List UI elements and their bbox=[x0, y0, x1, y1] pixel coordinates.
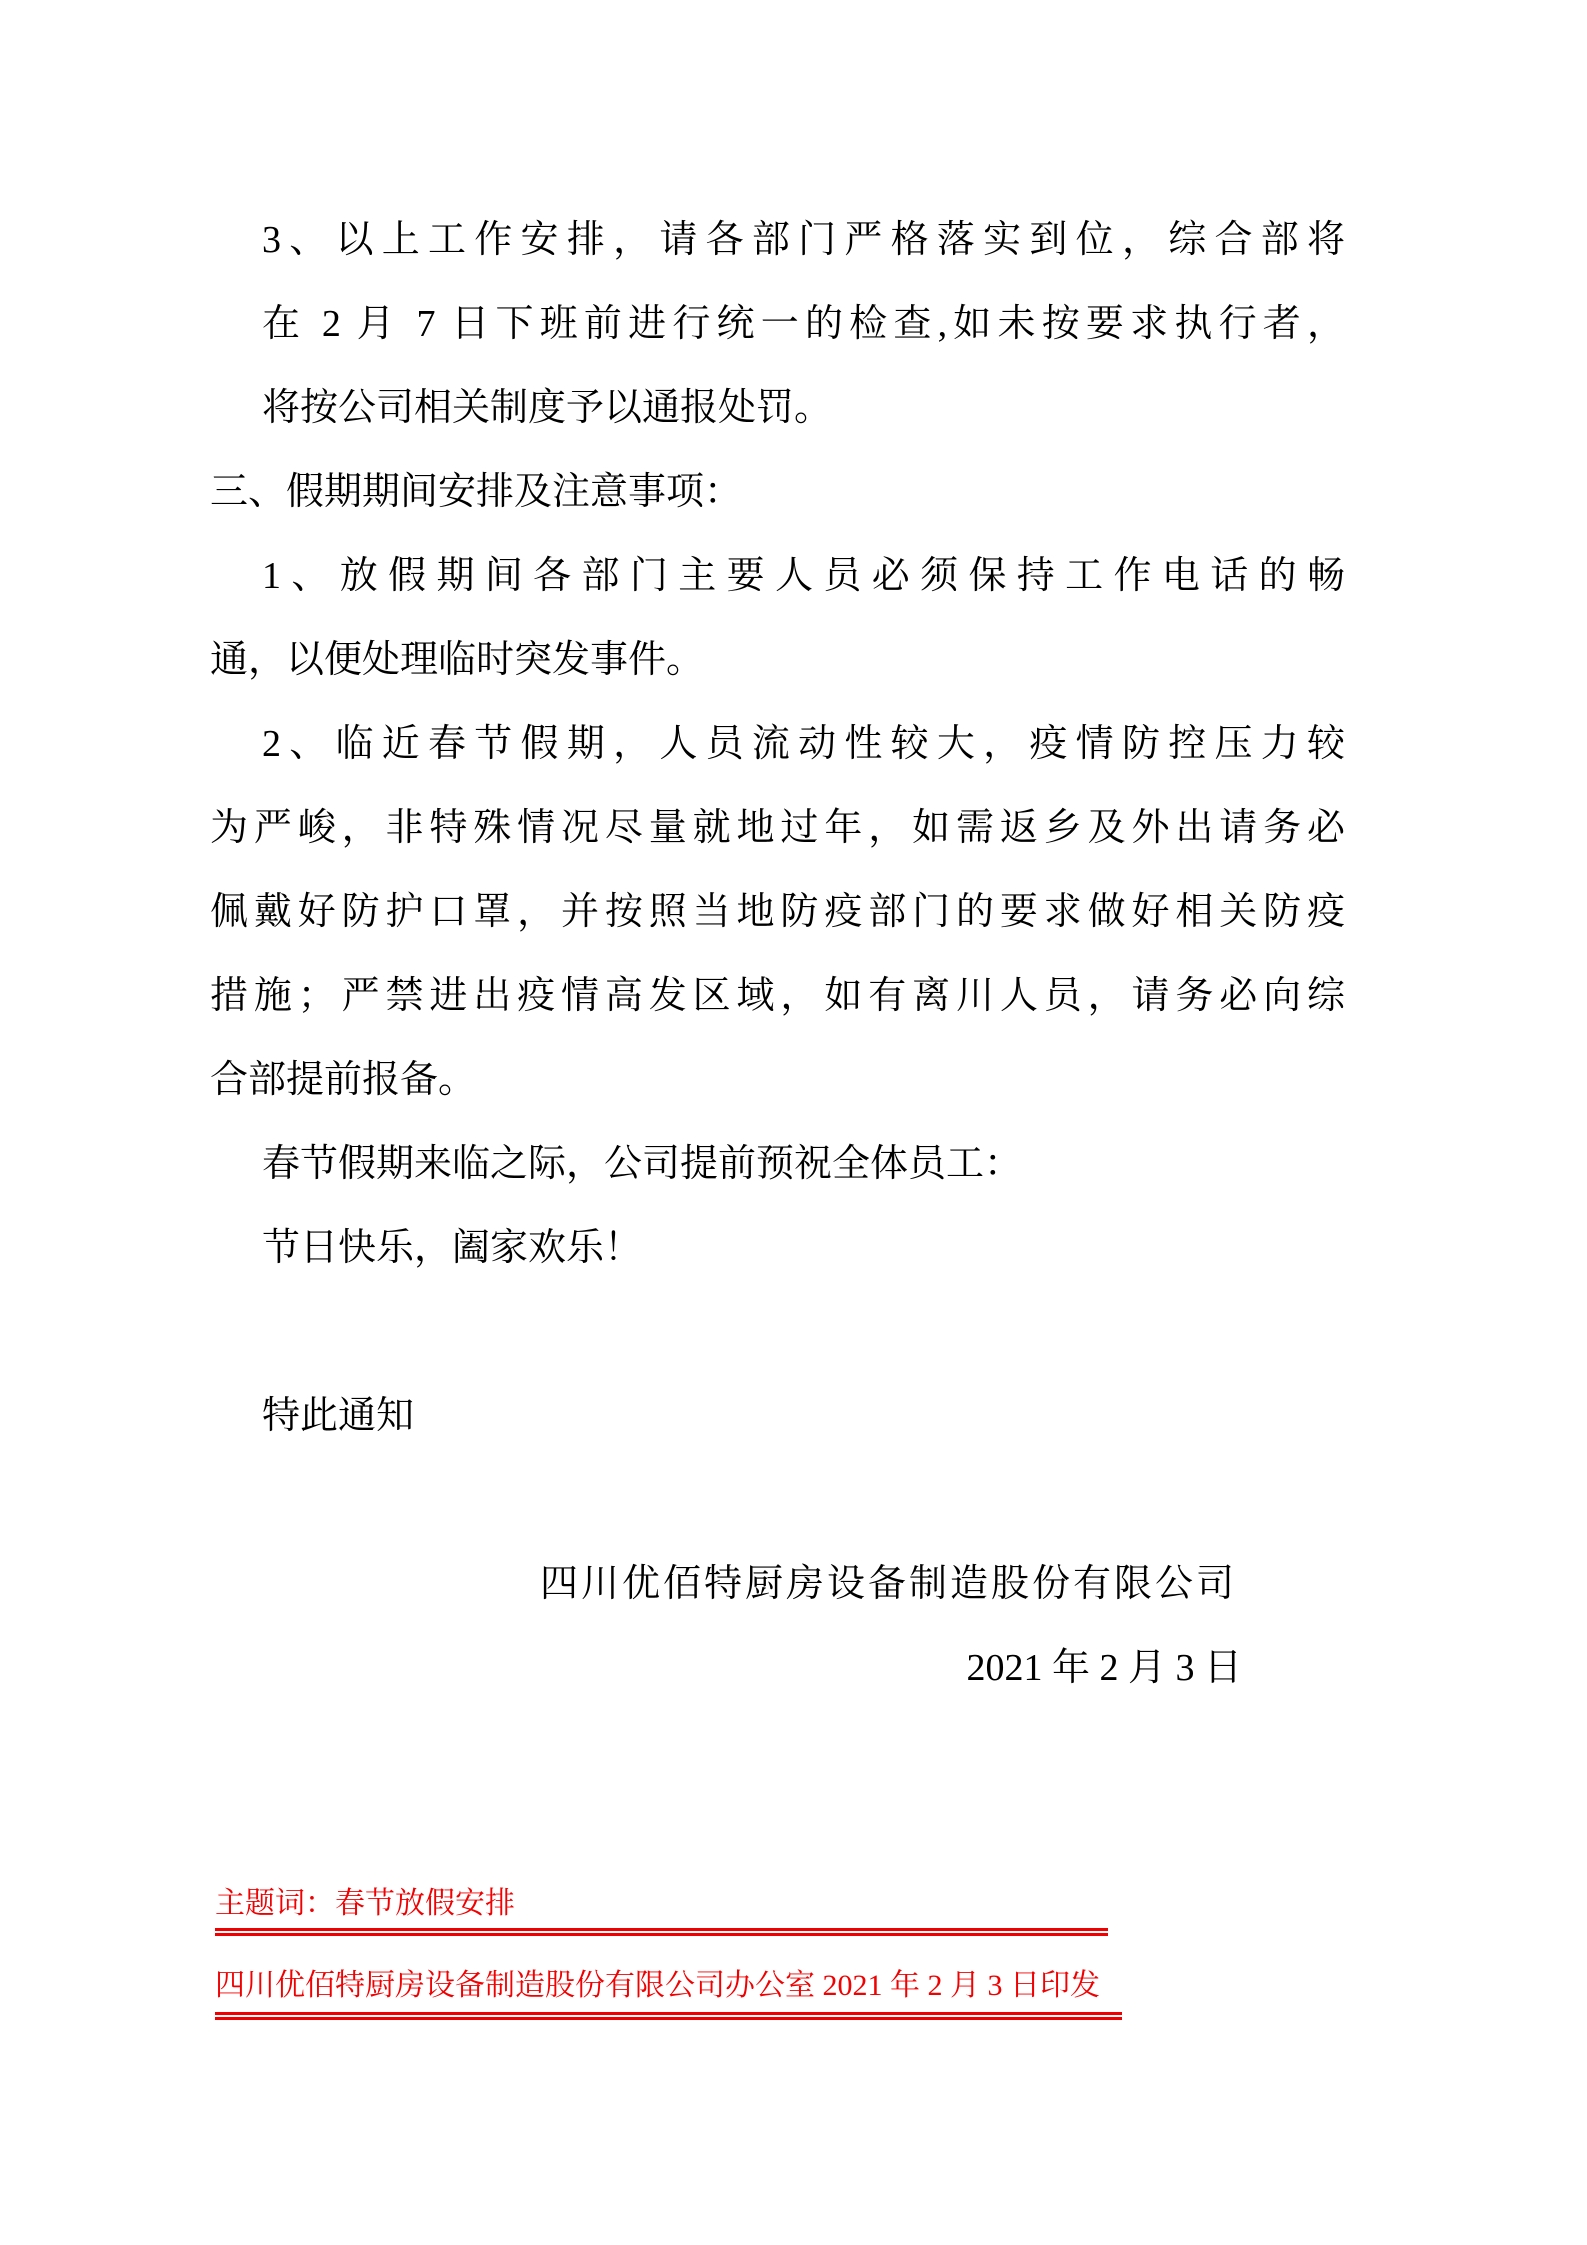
body-line: 通，以便处理临时突发事件。 bbox=[210, 618, 1345, 702]
footer-issuer-line: 四川优佰特厨房设备制造股份有限公司办公室 2021 年 2 月 3 日印发 bbox=[215, 1964, 1122, 2020]
body-line: 三、假期期间安排及注意事项： bbox=[210, 450, 1345, 534]
body-line: 3、以上工作安排，请各部门严格落实到位，综合部将 bbox=[210, 198, 1345, 282]
body-line: 为严峻，非特殊情况尽量就地过年，如需返乡及外出请务必 bbox=[210, 786, 1345, 870]
notice-document-page: 3、以上工作安排，请各部门严格落实到位，综合部将在 2 月 7 日下班前进行统一… bbox=[0, 0, 1587, 2245]
footer-topic-line: 主题词：春节放假安排 bbox=[215, 1884, 1108, 1936]
signature-date: 2021 年 2 月 3 日 bbox=[210, 1626, 1345, 1710]
notice-body-text: 3、以上工作安排，请各部门严格落实到位，综合部将在 2 月 7 日下班前进行统一… bbox=[210, 198, 1345, 1710]
body-line: 特此通知 bbox=[210, 1374, 1345, 1458]
blank-line bbox=[210, 1458, 1345, 1542]
signature-company: 四川优佰特厨房设备制造股份有限公司 bbox=[210, 1542, 1345, 1626]
blank-line bbox=[210, 1290, 1345, 1374]
body-line: 措施；严禁进出疫情高发区域，如有离川人员，请务必向综 bbox=[210, 954, 1345, 1038]
body-line: 春节假期来临之际，公司提前预祝全体员工： bbox=[210, 1122, 1345, 1206]
body-line: 将按公司相关制度予以通报处罚。 bbox=[210, 366, 1345, 450]
body-line: 2、临近春节假期，人员流动性较大，疫情防控压力较 bbox=[210, 702, 1345, 786]
body-line: 1、放假期间各部门主要人员必须保持工作电话的畅 bbox=[210, 534, 1345, 618]
body-line: 在 2 月 7 日下班前进行统一的检查,如未按要求执行者， bbox=[210, 282, 1345, 366]
body-line: 合部提前报备。 bbox=[210, 1038, 1345, 1122]
body-line: 佩戴好防护口罩，并按照当地防疫部门的要求做好相关防疫 bbox=[210, 870, 1345, 954]
body-line: 节日快乐，阖家欢乐！ bbox=[210, 1206, 1345, 1290]
